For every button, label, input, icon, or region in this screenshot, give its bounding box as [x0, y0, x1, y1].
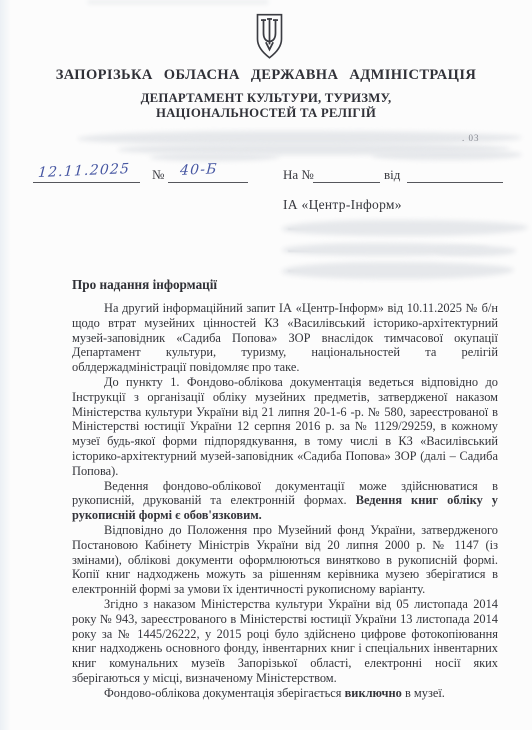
- redacted-letterhead-smudge: [150, 153, 280, 161]
- incoming-from-label: від: [384, 167, 400, 183]
- text-segment: в музеї.: [402, 686, 445, 700]
- letter-body: На другий інформаційний запит ІА «Центр-…: [72, 301, 498, 701]
- incoming-number-blank: [313, 182, 380, 183]
- text-segment: Згідно з наказом Міністерства культури У…: [72, 597, 498, 685]
- paragraph: Фондово-облікова документація зберігаєть…: [72, 686, 498, 701]
- handwritten-number: 40-Б: [180, 161, 219, 179]
- incoming-on-label: На №: [283, 167, 314, 183]
- redacted-recipient-smudge: [282, 220, 528, 236]
- department-name-line2: НАЦІОНАЛЬНОСТЕЙ ТА РЕЛІГІЙ: [0, 106, 532, 121]
- redacted-recipient-smudge: [282, 262, 514, 279]
- organization-name: ЗАПОРІЗЬКА ОБЛАСНА ДЕРЖАВНА АДМІНІСТРАЦІ…: [0, 67, 532, 84]
- subject-line: Про надання інформації: [72, 277, 217, 293]
- faint-remnant-text: . 03: [462, 133, 480, 143]
- text-segment: Фондово-облікова документація зберігаєть…: [104, 686, 345, 700]
- paragraph: Ведення фондово-облікової документації м…: [72, 479, 498, 523]
- paragraph: Відповідно до Положення про Музейний фон…: [72, 523, 498, 597]
- department-name-line1: ДЕПАРТАМЕНТ КУЛЬТУРИ, ТУРИЗМУ,: [0, 91, 532, 106]
- redacted-letterhead-smudge: [372, 150, 522, 160]
- text-segment: Відповідно до Положення про Музейний фон…: [72, 523, 498, 596]
- ukraine-trident-emblem-icon: [253, 13, 286, 61]
- number-label: №: [152, 167, 164, 183]
- scan-top-smear: [88, 0, 268, 4]
- date-underline: [33, 182, 140, 183]
- incoming-date-blank: [407, 182, 503, 183]
- paragraph: Згідно з наказом Міністерства культури У…: [72, 597, 498, 686]
- paragraph: До пункту 1. Фондово-облікова документац…: [72, 375, 498, 479]
- paragraph: На другий інформаційний запит ІА «Центр-…: [72, 301, 498, 375]
- department-name: ДЕПАРТАМЕНТ КУЛЬТУРИ, ТУРИЗМУ, НАЦІОНАЛЬ…: [0, 91, 532, 121]
- recipient-name: ІА «Центр-Інформ»: [283, 197, 402, 213]
- text-segment: На другий інформаційний запит ІА «Центр-…: [72, 301, 498, 374]
- bold-text-segment: виключно: [345, 686, 402, 700]
- handwritten-date: 12.11.2025: [38, 161, 131, 181]
- text-segment: До пункту 1. Фондово-облікова документац…: [72, 375, 498, 478]
- number-underline: [168, 182, 248, 183]
- scanned-letter-page: ЗАПОРІЗЬКА ОБЛАСНА ДЕРЖАВНА АДМІНІСТРАЦІ…: [0, 0, 532, 730]
- redacted-recipient-smudge: [438, 246, 516, 256]
